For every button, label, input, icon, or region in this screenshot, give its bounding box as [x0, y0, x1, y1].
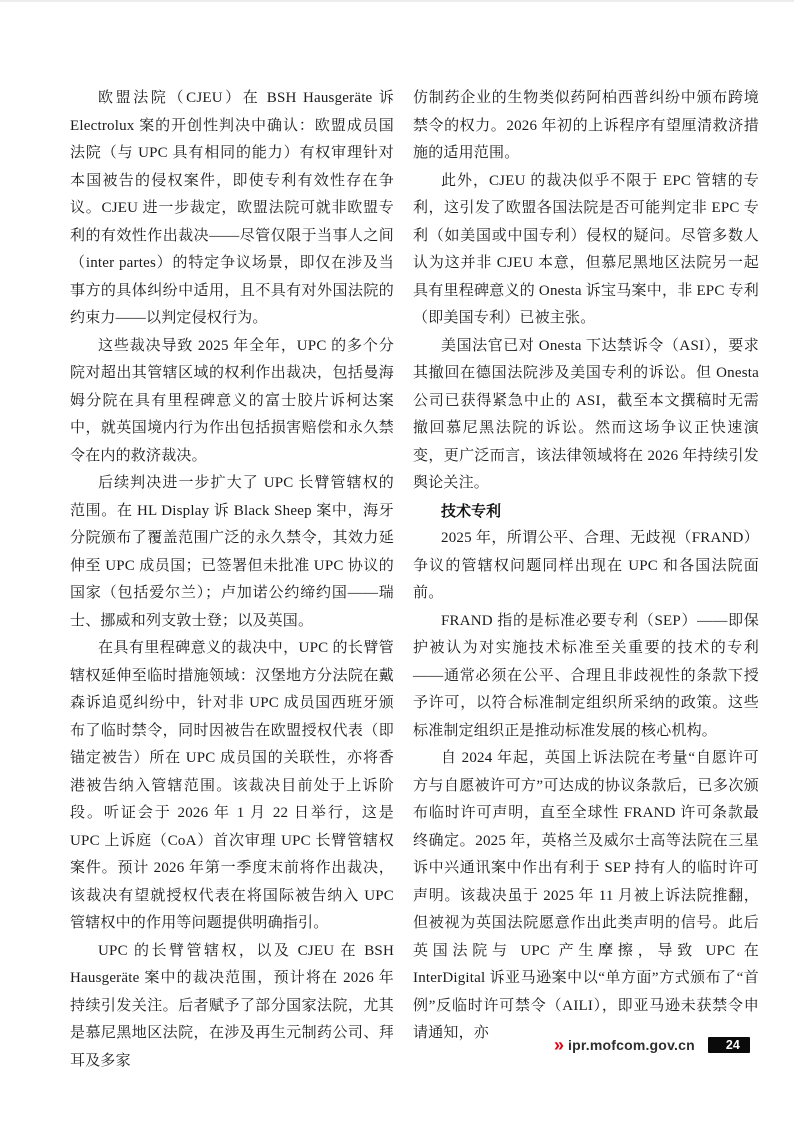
paragraph: 后续判决进一步扩大了 UPC 长臂管辖权的范围。在 HL Display 诉 B…	[70, 470, 394, 635]
paragraph: 这些裁决导致 2025 年全年，UPC 的多个分院对超出其管辖区域的权利作出裁决…	[70, 333, 394, 471]
paragraph: 2025 年，所谓公平、合理、无歧视（FRAND）争议的管辖权问题同样出现在 U…	[413, 525, 759, 608]
footer-site-text: ipr.mofcom.gov.cn	[568, 1037, 695, 1053]
page-number-badge: 24	[708, 1037, 750, 1053]
double-chevron-icon: »	[554, 1036, 563, 1054]
right-column: 仿制药企业的生物类似药阿柏西普纠纷中颁布跨境禁令的权力。2026 年初的上诉程序…	[413, 85, 759, 1075]
paragraph: 欧盟法院（CJEU）在 BSH Hausgeräte 诉 Electrolux …	[70, 85, 394, 333]
paragraph: 自 2024 年起，英国上诉法院在考量“自愿许可方与自愿被许可方”可达成的协议条…	[413, 745, 759, 1048]
footer: » ipr.mofcom.gov.cn 24	[554, 1036, 750, 1054]
paragraph: FRAND 指的是标准必要专利（SEP）——即保护被认为对实施技术标准至关重要的…	[413, 608, 759, 746]
paragraph: 在具有里程碑意义的裁决中，UPC 的长臂管辖权延伸至临时措施领域：汉堡地方分法院…	[70, 635, 394, 938]
document-page: 欧盟法院（CJEU）在 BSH Hausgeräte 诉 Electrolux …	[0, 0, 794, 1124]
paragraph: 美国法官已对 Onesta 下达禁诉令（ASI），要求其撤回在德国法院涉及美国专…	[413, 333, 759, 498]
paragraph: UPC 的长臂管辖权，以及 CJEU 在 BSH Hausgeräte 案中的裁…	[70, 938, 394, 1076]
paragraph-continued: 仿制药企业的生物类似药阿柏西普纠纷中颁布跨境禁令的权力。2026 年初的上诉程序…	[413, 85, 759, 168]
article-body: 欧盟法院（CJEU）在 BSH Hausgeräte 诉 Electrolux …	[70, 85, 759, 1075]
section-heading-tech-patents: 技术专利	[413, 498, 759, 526]
left-column: 欧盟法院（CJEU）在 BSH Hausgeräte 诉 Electrolux …	[70, 85, 394, 1075]
paragraph: 此外，CJEU 的裁决似乎不限于 EPC 管辖的专利，这引发了欧盟各国法院是否可…	[413, 168, 759, 333]
